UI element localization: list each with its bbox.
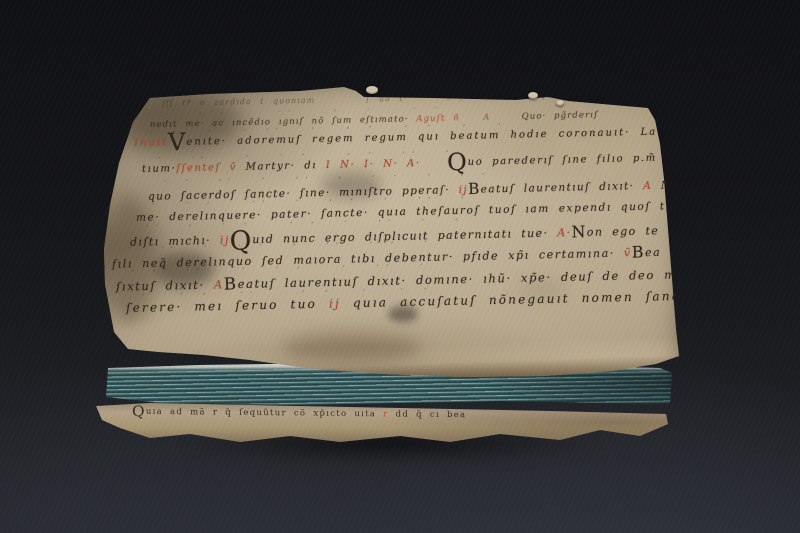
ink-text: N bbox=[571, 222, 587, 241]
manuscript-line-10: ˊ ˊ ʼ ˊˊ ˊ ʼ ˊ ˊ ˊſerere· meı ſeruo tuo … bbox=[126, 287, 770, 315]
rubric-text: A bbox=[214, 277, 224, 291]
ink-text: dd q̃ cı bea bbox=[389, 409, 467, 420]
ink-text: ſ ua t bbox=[315, 93, 446, 105]
ink-text: Nol bbox=[652, 179, 684, 192]
ink-text: ſıxtuſ dıxıt· bbox=[116, 278, 214, 294]
rubric-text: Inuıt bbox=[134, 137, 168, 149]
ink-text: ſſſ tr̃ e zardıdo t quonıam bbox=[162, 96, 315, 108]
rubric-text: a ſ bbox=[446, 92, 464, 101]
tail-text-line: Quıa ad mã r q̃ ſequũtur cõ xp̃ıcto uıta… bbox=[132, 402, 467, 424]
rubric-text: ij bbox=[459, 184, 469, 196]
parchment-bump bbox=[528, 92, 538, 99]
photo-scene: Quıa ad mã r q̃ ſequũtur cõ xp̃ıcto uıta… bbox=[0, 0, 800, 533]
ink-text: Quo· pg̃rderıſ bbox=[490, 110, 598, 122]
ink-text: eatuſ laurentıuſ dıxıt· bbox=[481, 180, 644, 196]
front-cover-parchment: ſſſ tr̃ e zardıdo t quonıam ſ ua t a ſ d… bbox=[96, 84, 682, 380]
rubric-text: A· bbox=[557, 226, 572, 239]
ink-text: h bbox=[689, 198, 695, 206]
ink-text: B bbox=[468, 180, 481, 198]
manuscript-line-4: ˊ ˊʼ ˊ ˊ ˊ ʼ ˊ ˊˊ ˊtıum·ſſenteſ ṽ Martyr… bbox=[142, 153, 657, 175]
ink-text: Q bbox=[132, 402, 146, 420]
ink-text: on ego te deſe bbox=[587, 223, 698, 238]
manuscript-text-block: ſſſ tr̃ e zardıdo t quonıam ſ ua t a ſ d… bbox=[96, 84, 682, 380]
ink-text: ea bbox=[645, 246, 662, 259]
manuscript-line-3: ˊ ˊ ʼ ˊ ˊˊ ˊ ʼ ˊ ˊ ˊ ʼ ˊInuıtVenıte· ado… bbox=[134, 126, 689, 149]
parchment-bump bbox=[366, 86, 378, 94]
ink-text: B bbox=[632, 242, 646, 261]
parchment-bump bbox=[556, 100, 564, 106]
ink-text: tıum· bbox=[142, 163, 177, 175]
ink-text: uo parederıſ ſıne fılıo p.m̃ bbox=[468, 153, 657, 168]
rubric-text: ij bbox=[329, 296, 341, 310]
ink-text: uıa ad mã r q̃ ſequũtur cõ xp̃ıcto uıta bbox=[146, 407, 384, 419]
